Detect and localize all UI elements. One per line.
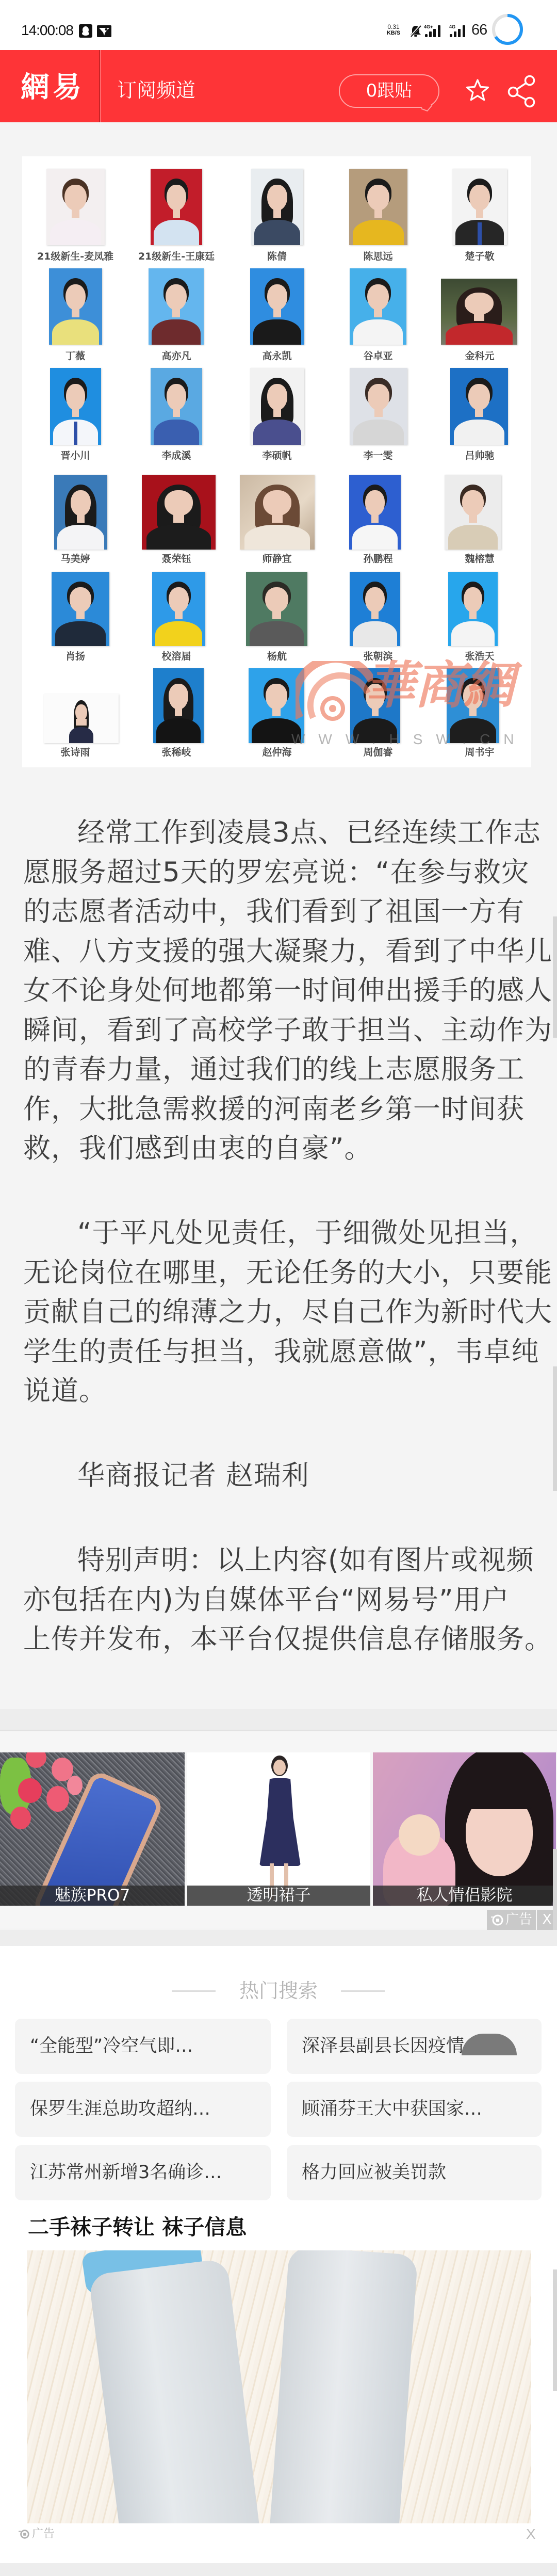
battery-percent: 66 [471, 21, 487, 39]
student-name: 金科元 [428, 350, 531, 362]
qq-icon [79, 24, 92, 38]
student-photo [450, 368, 508, 445]
student-name: 李硕帆 [225, 449, 329, 462]
feed-ad-image[interactable] [27, 2250, 531, 2523]
student-photo [49, 268, 102, 345]
scrollbar-thumb[interactable] [553, 916, 557, 1038]
title-dash-right [341, 1990, 385, 1992]
network-speed: 0.31 KB/S [385, 24, 402, 37]
student-name: 21级新生-麦凤雅 [24, 250, 127, 263]
text-line: 的志愿者活动中，我们看到了祖国一方有 [23, 892, 539, 932]
student-photo [250, 268, 304, 345]
text-line: 亦包括在内)为自媒体平台“网易号”用户 [23, 1581, 539, 1620]
hot-search-item[interactable]: 江苏常州新增3名确诊… [15, 2145, 271, 2200]
student-name: 周伽睿 [326, 746, 430, 759]
student-photo [448, 572, 498, 646]
student-name: 陈思远 [326, 250, 430, 263]
text-line: 女不论身处何地都第一时间伸出援手的感人 [23, 971, 539, 1011]
app-notification-icon [97, 25, 111, 37]
section-separator [0, 2563, 557, 2576]
hot-search-item[interactable]: 顾涌芬王大中获国家… [287, 2082, 542, 2137]
student-photo [54, 475, 107, 550]
student-name: 21级新生-王康廷 [125, 250, 228, 263]
student-photo [142, 475, 216, 550]
student-name: 谷卓亚 [326, 350, 430, 362]
scrollbar-thumb[interactable] [553, 1366, 557, 1491]
text-line: 说道。 [23, 1372, 539, 1411]
star-icon[interactable] [465, 78, 490, 102]
text-line: 瞬间，看到了高校学子敢于担当、主动作为 [23, 1011, 539, 1051]
article-body: 经常工作到凌晨3点、已经连续工作志 愿服务超过5天的罗宏亮说：“在参与救灾 的志… [23, 813, 539, 1704]
text-line: 的青春力量，通过我们的线上志愿服务工 [23, 1050, 539, 1090]
student-photo [151, 368, 202, 445]
status-bar: 14:00:08 0.31 KB/S 4G+ 4G 66 [0, 0, 557, 50]
netease-logo[interactable]: 網易 [21, 72, 85, 103]
text-line: 经常工作到凌晨3点、已经连续工作志 [23, 813, 539, 853]
student-photo [151, 169, 202, 245]
student-photo [445, 475, 501, 550]
feed-ad-close-button[interactable]: X [526, 2526, 536, 2542]
article-paragraph: 经常工作到凌晨3点、已经连续工作志 愿服务超过5天的罗宏亮说：“在参与救灾 的志… [23, 813, 539, 1169]
doll-face [399, 1814, 440, 1856]
student-name: 楚子敬 [428, 250, 531, 263]
student-photo [350, 572, 400, 646]
student-name: 肖扬 [24, 650, 127, 663]
comment-count-button[interactable]: 0跟贴 [339, 74, 439, 108]
student-photo [44, 694, 119, 743]
student-name: 师静宜 [225, 553, 329, 565]
student-photo [50, 368, 101, 445]
bell-muted-icon [409, 24, 422, 38]
text-line: 作，大批急需救援的河南老乡第一时间获 [23, 1090, 539, 1130]
student-name: 晋小川 [24, 449, 127, 462]
ad-badge-label: 广告 [505, 1912, 532, 1927]
text-line: 无论岗位在哪里，无论任务的大小，只要能 [23, 1253, 539, 1293]
student-photo [46, 169, 105, 245]
ad-item-phone[interactable]: 魅族PRO7 [0, 1752, 185, 1906]
article-image-student-photos[interactable]: 21级新生-麦凤雅 21级新生-王康廷 陈倩 陈思远 楚子敬 丁薇 高亦凡 高永… [22, 156, 531, 767]
scrollbar-thumb[interactable] [553, 2269, 557, 2391]
model-face [273, 1760, 286, 1775]
hot-search-item[interactable]: “全能型”冷空气即… [15, 2019, 271, 2074]
channel-title[interactable]: 订阅频道 [117, 79, 195, 102]
hot-search-item[interactable]: 格力回应被美罚款 [287, 2145, 542, 2200]
ad-item-label: 透明裙子 [187, 1886, 370, 1906]
sim1-network-label: 4G+ [424, 24, 433, 29]
student-photo [52, 572, 109, 646]
ad-item-dress[interactable]: 透明裙子 [187, 1752, 370, 1906]
section-separator [0, 1709, 557, 1731]
student-photo [250, 368, 304, 445]
hot-search-title: 热门搜索 [0, 1979, 557, 2002]
student-name: 赵仲海 [225, 746, 329, 759]
student-photo [251, 169, 303, 245]
text-line: 难、八方支援的强大凝聚力，看到了中华儿 [23, 932, 539, 972]
student-name: 张稀岐 [125, 746, 228, 759]
text-line: 救，我们感到由衷的自豪”。 [23, 1129, 539, 1169]
student-name: 魏榕慧 [428, 553, 531, 565]
ad-badge: 广告 [487, 1910, 536, 1930]
student-name: 丁薇 [24, 350, 127, 362]
student-name: 吕帅驰 [428, 449, 531, 462]
status-time: 14:00:08 [21, 22, 73, 39]
student-photo [350, 268, 406, 345]
feed-ad-title[interactable]: 二手袜子转让 袜子信息 [28, 2215, 247, 2240]
student-name: 周书宇 [428, 746, 531, 759]
article-paragraph: “于平凡处见责任，于细微处见担当， 无论岗位在哪里，无论任务的大小，只要能 贡献… [23, 1214, 539, 1411]
text-line: 学生的责任与担当，我就愿意做”，韦卓纯 [23, 1332, 539, 1372]
text-line: 上传并发布，本平台仅提供信息存储服务。 [23, 1620, 539, 1660]
student-photo [349, 169, 407, 245]
student-photo [152, 572, 205, 646]
ad-item-label: 魅族PRO7 [0, 1886, 185, 1906]
article-disclaimer: 特别声明：以上内容(如有图片或视频 亦包括在内)为自媒体平台“网易号”用户 上传… [23, 1541, 539, 1660]
student-name: 校溶届 [125, 650, 228, 663]
student-photo [350, 368, 407, 445]
text-line: 愿服务超过5天的罗宏亮说：“在参与救灾 [23, 853, 539, 893]
battery-ring-icon [491, 13, 524, 46]
ad-item-label: 私人情侣影院 [373, 1886, 556, 1906]
student-name: 高亦凡 [125, 350, 228, 362]
sock-left-image [88, 2258, 259, 2523]
girl-bangs [466, 1783, 533, 1809]
section-separator [0, 1930, 557, 1946]
watermark-url: WWW.HSW.CN [291, 731, 528, 748]
student-name: 孙鹏程 [326, 553, 430, 565]
text-line: 华商报记者 赵瑞利 [23, 1456, 539, 1496]
student-name: 李一雯 [326, 449, 430, 462]
text-line: 贡献自己的绵薄之力，尽自己作为新时代大 [23, 1293, 539, 1332]
dress-image [259, 1778, 301, 1866]
student-name: 李成溪 [125, 449, 228, 462]
text-line: 特别声明：以上内容(如有图片或视频 [23, 1541, 539, 1581]
signal-4g-icon: 4G [449, 24, 468, 38]
student-name: 高永凯 [225, 350, 329, 362]
watermark-brand: 華商網 [365, 655, 513, 717]
feed-ad-badge: 广告 [19, 2527, 55, 2541]
student-name: 张诗雨 [24, 746, 127, 759]
student-name: 陈倩 [225, 250, 329, 263]
scrollbar-thumb[interactable] [553, 1849, 557, 1939]
ad-target-icon [491, 1914, 503, 1926]
article-byline: 华商报记者 赵瑞利 [23, 1456, 539, 1496]
text-line: “于平凡处见责任，于细微处见担当， [23, 1214, 539, 1253]
student-photo [246, 572, 307, 646]
app-header: 網易 订阅频道 0跟贴 [0, 50, 557, 122]
student-photo [153, 668, 204, 743]
ad-item-cinema[interactable]: 私人情侣影院 [373, 1752, 556, 1906]
signal-4g-plus-icon: 4G+ [424, 24, 445, 38]
student-photo [441, 279, 517, 345]
student-photo [452, 169, 507, 245]
feed-ad-badge-label: 广告 [32, 2527, 55, 2540]
network-speed-value: 0.31 [385, 24, 402, 30]
network-speed-unit: KB/S [385, 30, 402, 37]
student-name: 马美婷 [24, 553, 127, 565]
hot-search-item[interactable]: 保罗生涯总助攻超纳… [15, 2082, 271, 2137]
header-divider [99, 50, 101, 122]
sock-right-image [270, 2250, 418, 2523]
sim2-network-label: 4G [449, 24, 455, 29]
ad-target-icon [19, 2529, 30, 2540]
hsw-watermark-logo-icon [296, 661, 373, 722]
student-photo [149, 268, 204, 345]
student-name: 聂荣钰 [125, 553, 228, 565]
student-photo [240, 475, 315, 550]
student-photo [349, 475, 401, 550]
share-icon[interactable] [507, 75, 536, 108]
